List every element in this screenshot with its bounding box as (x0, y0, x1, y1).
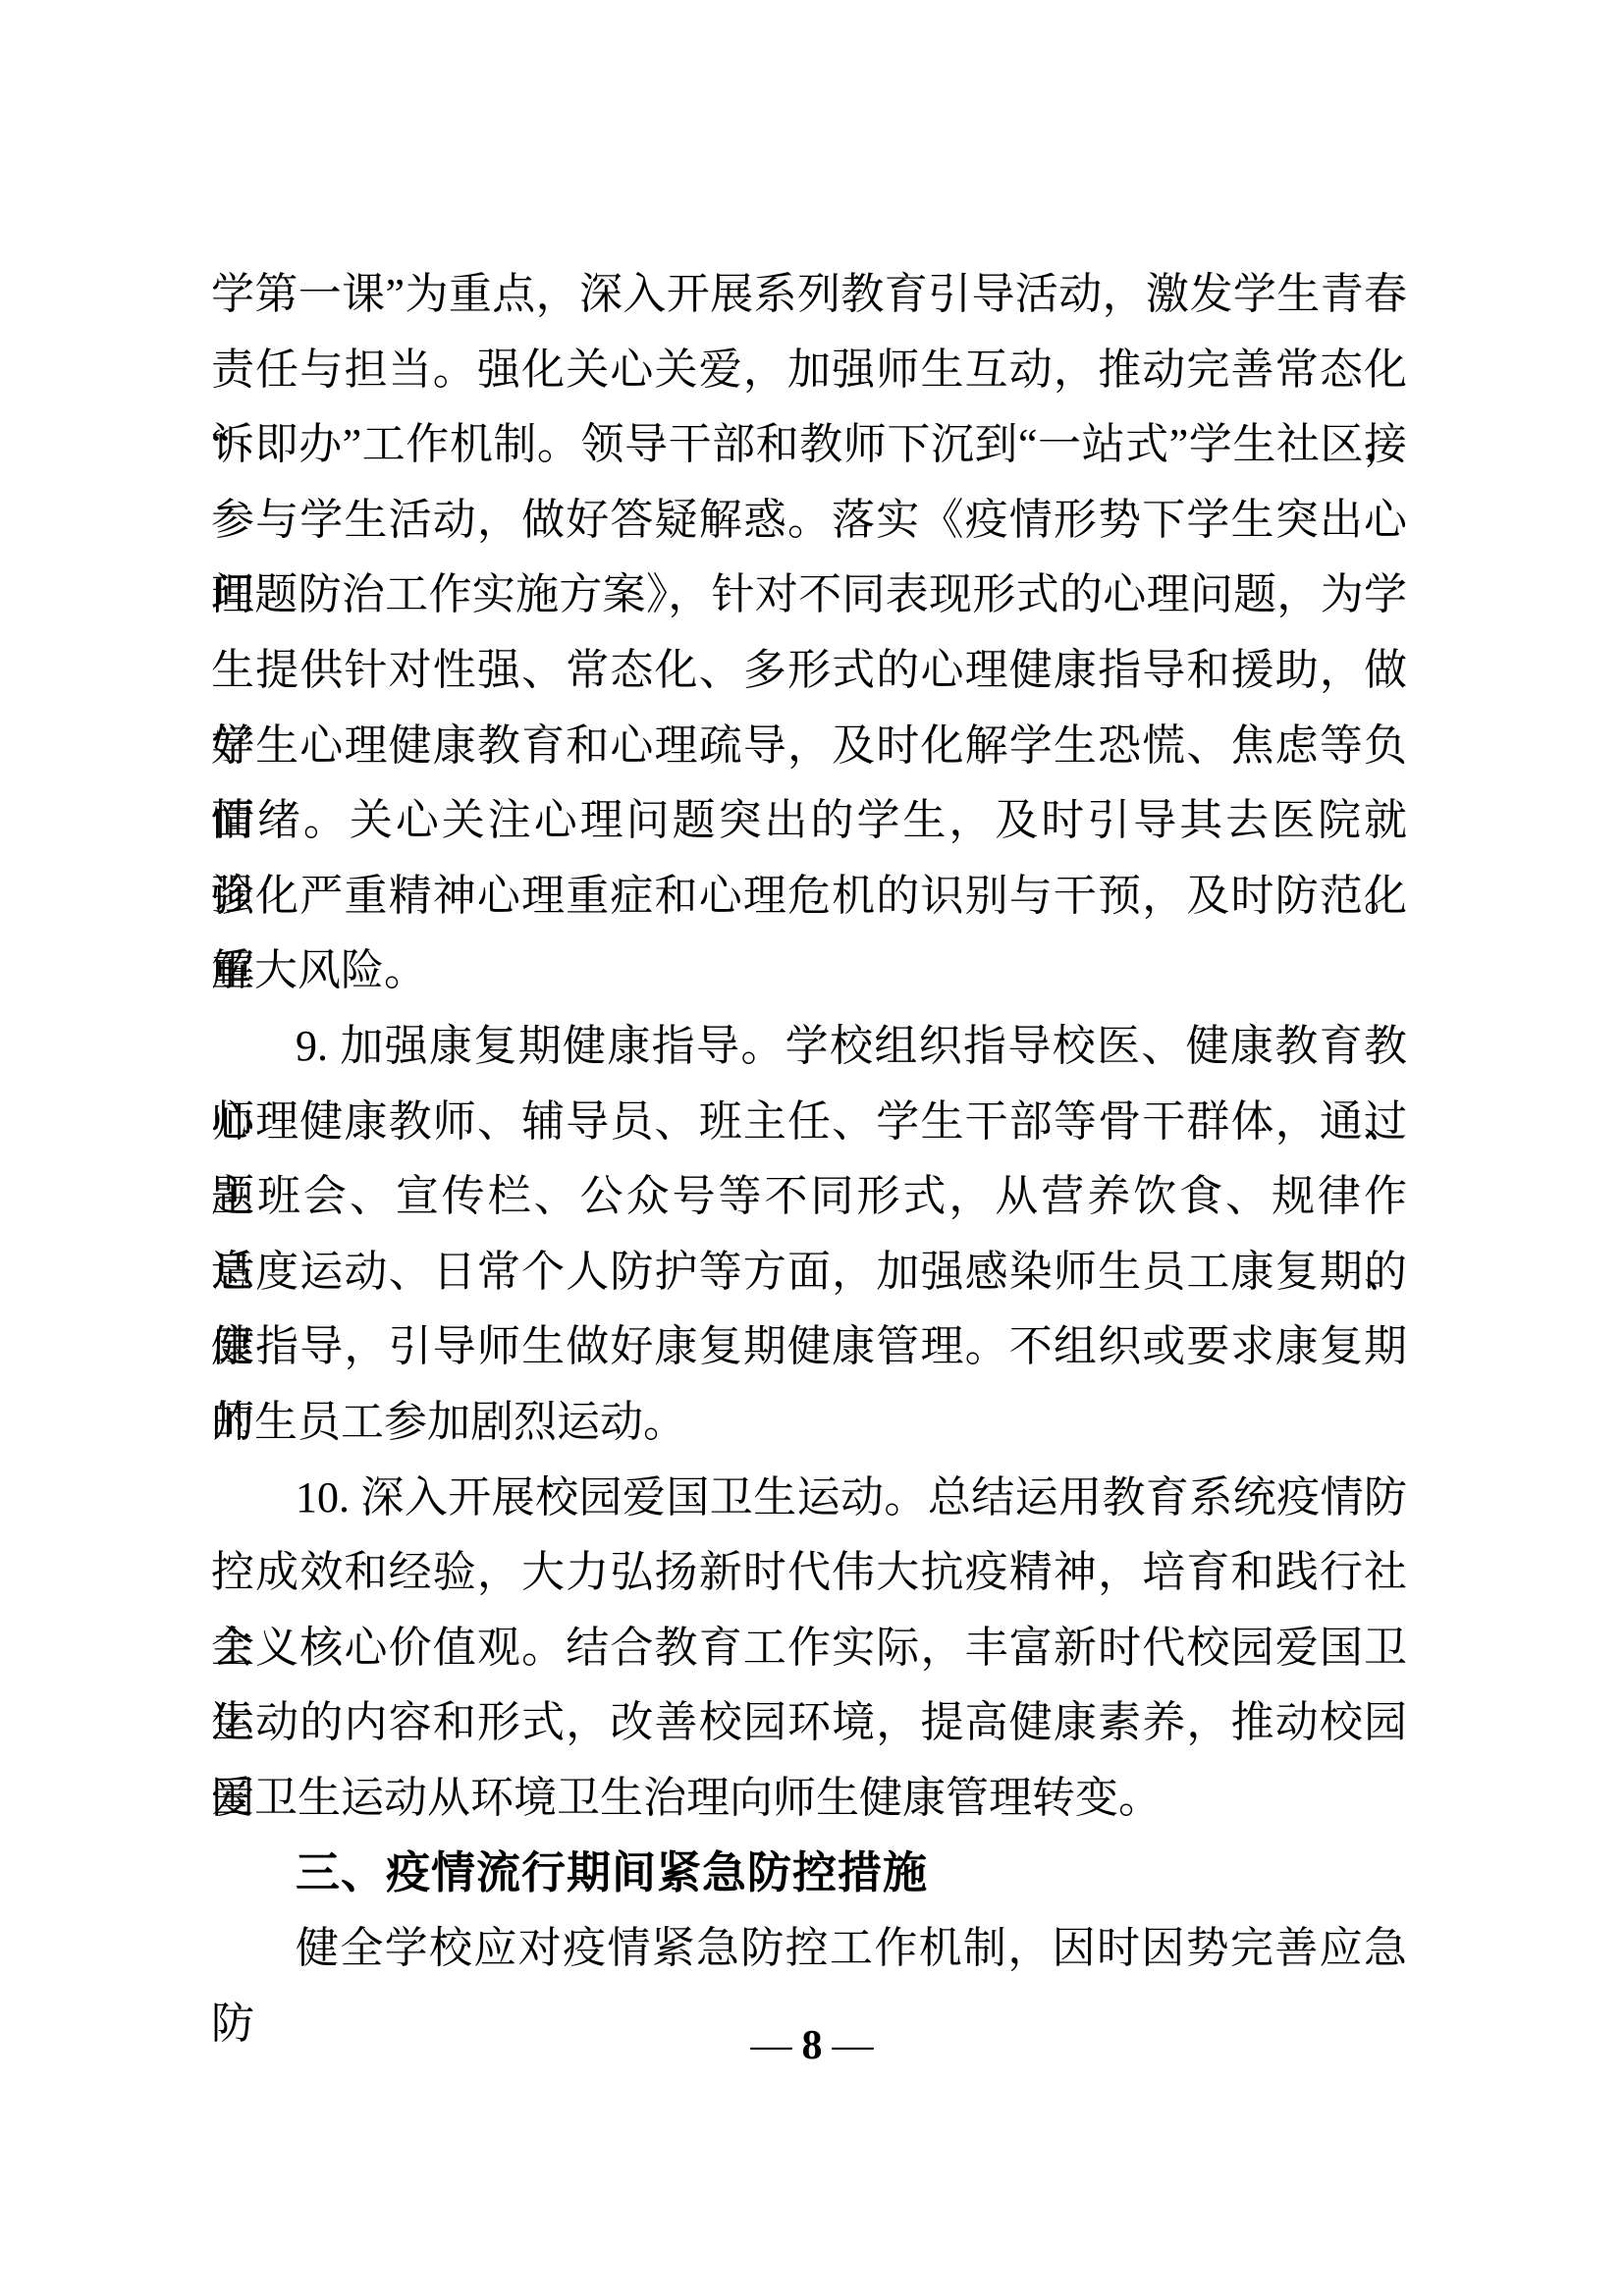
footer-dash-left: — (751, 2020, 792, 2071)
text-line: 健全学校应对疫情紧急防控工作机制，因时因势完善应急防 (211, 1911, 1407, 1987)
text-line: 心理健康教师、辅导员、班主任、学生干部等骨干群体，通过主 (211, 1085, 1407, 1160)
text-line: 学生心理健康教育和心理疏导，及时化解学生恐慌、焦虑等负面 (211, 709, 1407, 784)
text-line: 适度运动、日常个人防护等方面，加强感染师生员工康复期的健 (211, 1235, 1407, 1310)
text-line: 情绪。关心关注心理问题突出的学生，及时引导其去医院就诊。 (211, 783, 1407, 859)
page-number: 8 (802, 2020, 823, 2071)
text-line: 控成效和经验，大力弘扬新时代伟大抗疫精神，培育和践行社会 (211, 1535, 1407, 1611)
text-line: 责任与担当。强化关心关爱，加强师生互动，推动完善常态化“接 (211, 333, 1407, 408)
text-line: 题班会、宣传栏、公众号等不同形式，从营养饮食、规律作息、 (211, 1159, 1407, 1235)
text-line: 9. 加强康复期健康指导。学校组织指导校医、健康教育教师、 (211, 1009, 1407, 1085)
text-line: 重大风险。 (211, 934, 1407, 1009)
text-line: 学第一课”为重点，深入开展系列教育引导活动，激发学生青春 (211, 257, 1407, 333)
text-line: 国卫生运动从环境卫生治理向师生健康管理转变。 (211, 1761, 1407, 1837)
text-line: 强化严重精神心理重症和心理危机的识别与干预，及时防范化解 (211, 859, 1407, 934)
text-line: 主义核心价值观。结合教育工作实际，丰富新时代校园爱国卫生 (211, 1611, 1407, 1686)
text-line: 诉即办”工作机制。领导干部和教师下沉到“一站式”学生社区， (211, 407, 1407, 483)
text-line: 生提供针对性强、常态化、多形式的心理健康指导和援助，做好 (211, 633, 1407, 709)
page-footer: — 8 — (0, 2020, 1624, 2071)
text-line: 运动的内容和形式，改善校园环境，提高健康素养，推动校园爱 (211, 1685, 1407, 1761)
section-heading: 三、疫情流行期间紧急防控措施 (211, 1836, 1407, 1911)
text-line: 10. 深入开展校园爱国卫生运动。总结运用教育系统疫情防 (211, 1461, 1407, 1536)
text-line: 师生员工参加剧烈运动。 (211, 1385, 1407, 1461)
document-page: 学第一课”为重点，深入开展系列教育引导活动，激发学生青春责任与担当。强化关心关爱… (0, 0, 1624, 2296)
text-line: 康指导，引导师生做好康复期健康管理。不组织或要求康复期的 (211, 1309, 1407, 1385)
document-body: 学第一课”为重点，深入开展系列教育引导活动，激发学生青春责任与担当。强化关心关爱… (211, 257, 1407, 1987)
text-line: 问题防治工作实施方案》，针对不同表现形式的心理问题，为学 (211, 558, 1407, 633)
text-line: 参与学生活动，做好答疑解惑。落实《疫情形势下学生突出心理 (211, 483, 1407, 559)
footer-dash-right: — (833, 2020, 874, 2071)
